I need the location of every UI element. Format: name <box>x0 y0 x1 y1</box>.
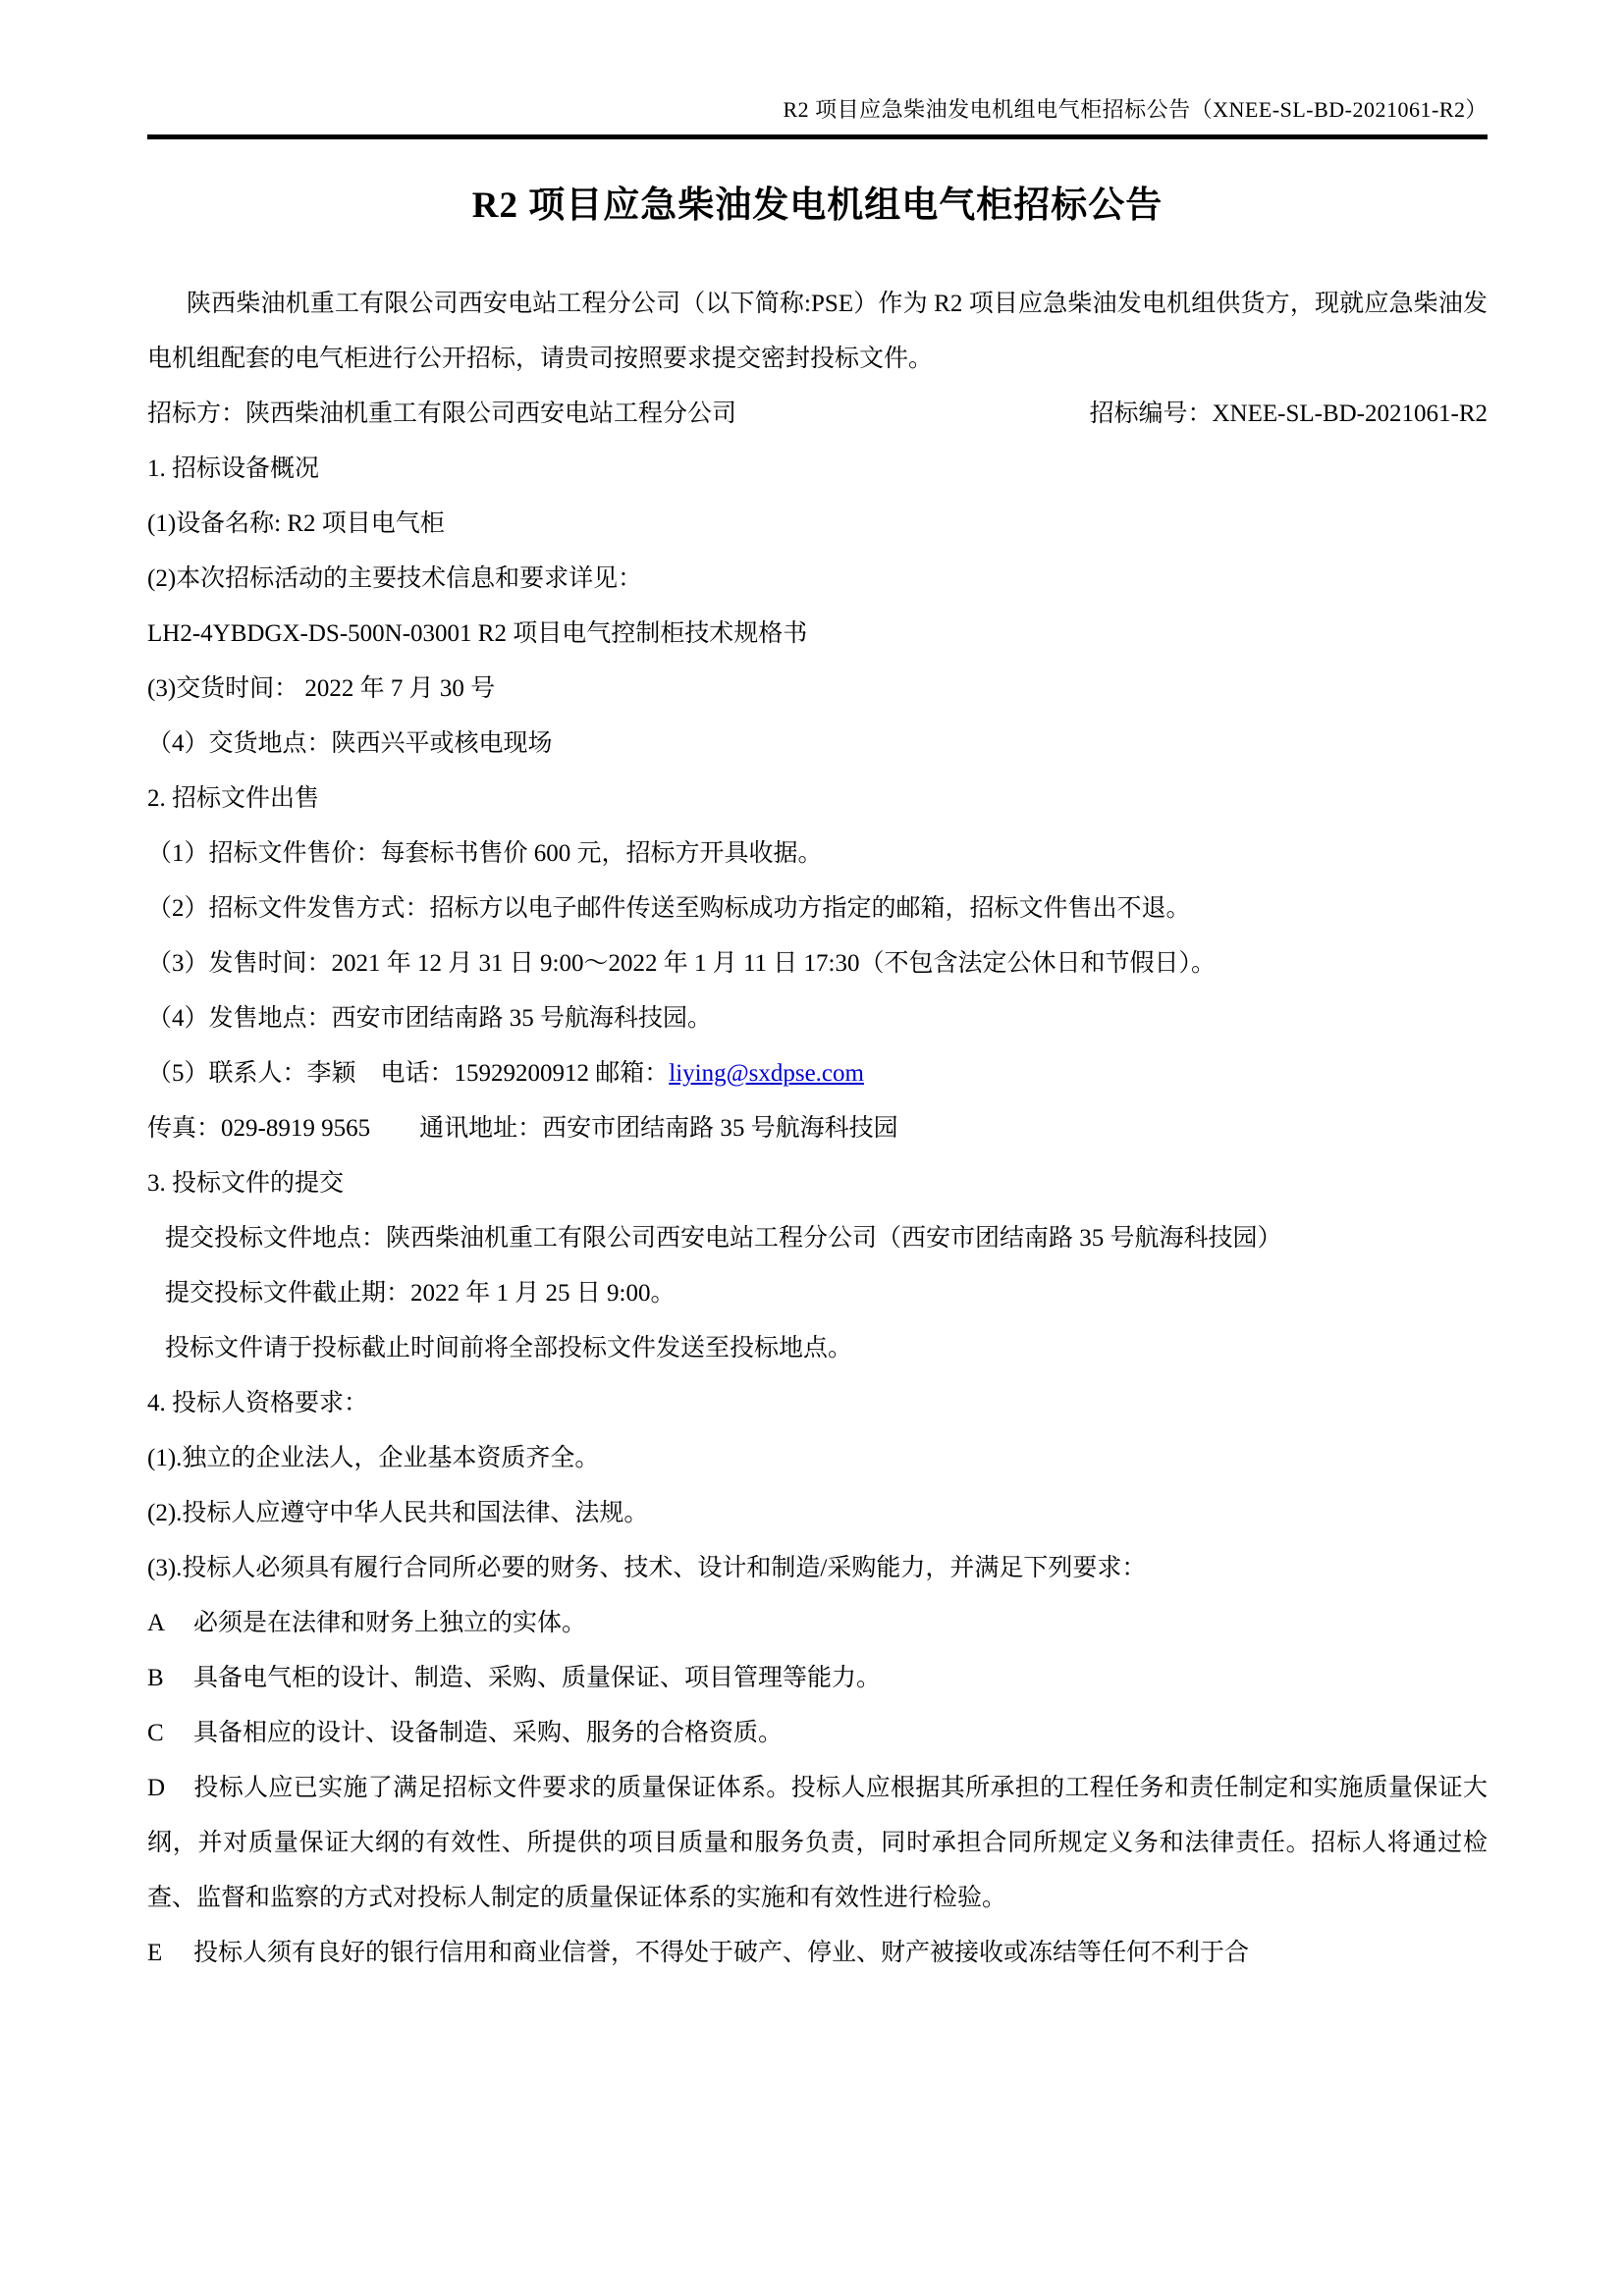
item-letter-d: D <box>147 1761 193 1816</box>
lettered-item-d: D投标人应已实施了满足招标文件要求的质量保证体系。投标人应根据其所承担的工程任务… <box>147 1761 1488 1926</box>
section-2-item-price: （1）招标文件售价：每套标书售价 600 元，招标方开具收据。 <box>147 827 1488 881</box>
item-letter-e: E <box>147 1926 193 1981</box>
section-2-item-sale-method: （2）招标文件发售方式：招标方以电子邮件传送至购标成功方指定的邮箱，招标文件售出… <box>147 881 1488 936</box>
qualification-item-2: (2).投标人应遵守中华人民共和国法律、法规。 <box>147 1486 1488 1541</box>
item-letter-b: B <box>147 1651 193 1706</box>
contact-email-link[interactable]: liying@sxdpse.com <box>669 1060 864 1087</box>
tender-number-label: 招标编号：XNEE-SL-BD-2021061-R2 <box>1089 387 1488 442</box>
section-2-item-sale-time: （3）发售时间：2021 年 12 月 31 日 9:00～2022 年 1 月… <box>147 936 1488 991</box>
section-1-item-delivery-time: (3)交货时间： 2022 年 7 月 30 号 <box>147 662 1488 717</box>
document-body: 陕西柴油机重工有限公司西安电站工程分公司（以下简称:PSE）作为 R2 项目应急… <box>147 277 1488 1981</box>
section-1-item-tech-info: (2)本次招标活动的主要技术信息和要求详见： <box>147 552 1488 607</box>
intro-paragraph: 陕西柴油机重工有限公司西安电站工程分公司（以下简称:PSE）作为 R2 项目应急… <box>147 277 1488 387</box>
submission-deadline-paragraph: 提交投标文件截止期：2022 年 1 月 25 日 9:00。 <box>147 1266 1488 1321</box>
item-letter-c: C <box>147 1706 193 1761</box>
item-text-e: 投标人须有良好的银行信用和商业信誉，不得处于破产、停业、财产被接收或冻结等任何不… <box>193 1940 1249 1966</box>
section-4-heading: 4. 投标人资格要求： <box>147 1376 1488 1431</box>
document-page: R2 项目应急柴油发电机组电气柜招标公告（XNEE-SL-BD-2021061-… <box>0 0 1624 2296</box>
lettered-item-c: C具备相应的设计、设备制造、采购、服务的合格资质。 <box>147 1706 1488 1761</box>
item-text-c: 具备相应的设计、设备制造、采购、服务的合格资质。 <box>193 1720 783 1746</box>
item-text-a: 必须是在法律和财务上独立的实体。 <box>193 1610 586 1636</box>
section-2-item-sale-place: （4）发售地点：西安市团结南路 35 号航海科技园。 <box>147 991 1488 1046</box>
contact-line: （5）联系人：李颖 电话：15929200912 邮箱：liying@sxdps… <box>147 1046 1488 1101</box>
qualification-item-3: (3).投标人必须具有履行合同所必要的财务、技术、设计和制造/采购能力，并满足下… <box>147 1541 1488 1596</box>
tenderer-label: 招标方：陕西柴油机重工有限公司西安电站工程分公司 <box>147 387 736 442</box>
item-letter-a: A <box>147 1596 193 1651</box>
lettered-item-b: B具备电气柜的设计、制造、采购、质量保证、项目管理等能力。 <box>147 1651 1488 1706</box>
running-header: R2 项目应急柴油发电机组电气柜招标公告（XNEE-SL-BD-2021061-… <box>147 96 1488 134</box>
section-2-heading: 2. 招标文件出售 <box>147 772 1488 827</box>
item-text-d: 投标人应已实施了满足招标文件要求的质量保证体系。投标人应根据其所承担的工程任务和… <box>147 1775 1488 1911</box>
submission-note-paragraph: 投标文件请于投标截止时间前将全部投标文件发送至投标地点。 <box>147 1321 1488 1376</box>
qualification-item-1: (1).独立的企业法人，企业基本资质齐全。 <box>147 1431 1488 1486</box>
section-1-item-device-name: (1)设备名称: R2 项目电气柜 <box>147 497 1488 552</box>
fax-address-line: 传真：029-8919 9565 通讯地址：西安市团结南路 35 号航海科技园 <box>147 1101 1488 1156</box>
document-title: R2 项目应急柴油发电机组电气柜招标公告 <box>147 175 1488 228</box>
spec-document-line: LH2-4YBDGX-DS-500N-03001 R2 项目电气控制柜技术规格书 <box>147 607 1488 662</box>
section-1-item-delivery-place: （4）交货地点：陕西兴平或核电现场 <box>147 717 1488 772</box>
lettered-item-e: E投标人须有良好的银行信用和商业信誉，不得处于破产、停业、财产被接收或冻结等任何… <box>147 1926 1488 1981</box>
section-1-heading: 1. 招标设备概况 <box>147 442 1488 497</box>
item-text-b: 具备电气柜的设计、制造、采购、质量保证、项目管理等能力。 <box>193 1665 881 1691</box>
section-3-heading: 3. 投标文件的提交 <box>147 1156 1488 1211</box>
contact-info-text: （5）联系人：李颖 电话：15929200912 邮箱： <box>147 1060 669 1087</box>
lettered-item-a: A必须是在法律和财务上独立的实体。 <box>147 1596 1488 1651</box>
tenderer-line: 招标方：陕西柴油机重工有限公司西安电站工程分公司 招标编号：XNEE-SL-BD… <box>147 387 1488 442</box>
header-divider <box>147 134 1488 139</box>
submission-location-paragraph: 提交投标文件地点：陕西柴油机重工有限公司西安电站工程分公司（西安市团结南路 35… <box>147 1211 1488 1266</box>
